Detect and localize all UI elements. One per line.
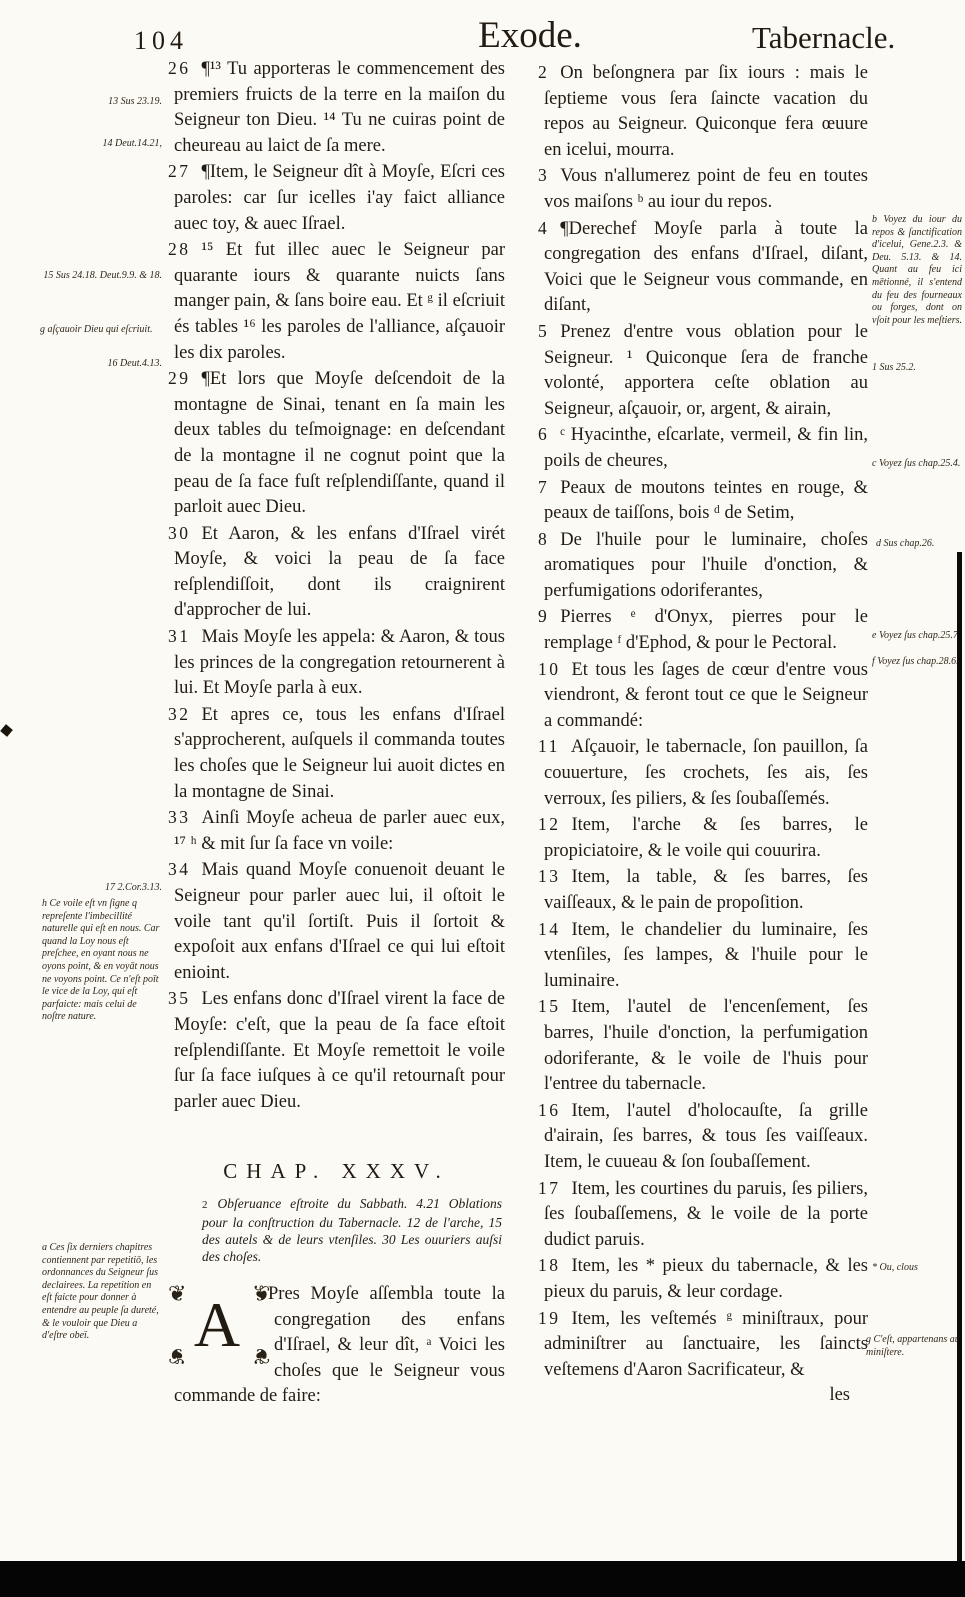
verse-number: 5	[538, 321, 560, 341]
verse-text: Prenez d'entre vous oblation pour le Sei…	[544, 322, 868, 419]
verse-number: 28	[168, 239, 202, 259]
verse: 12Item, l'arche & ſes barres, le propici…	[538, 812, 868, 864]
verse-number: 30	[168, 523, 202, 543]
verse-number: 16	[538, 1100, 572, 1120]
verse-text: Item, l'arche & ſes barres, le propiciat…	[544, 815, 868, 861]
verse: 5Prenez d'entre vous oblation pour le Se…	[538, 319, 868, 422]
verse-text: Item, la table, & ſes barres, ſes vaiſſe…	[544, 867, 868, 913]
verse-text: Aſçauoir, le tabernacle, ſon pauillon, ſ…	[544, 737, 868, 808]
verse-number: 6	[538, 424, 560, 444]
verse: 35Les enfans donc d'Iſrael virent la fac…	[168, 986, 505, 1115]
floral-ornament-icon: ❦	[252, 1342, 264, 1368]
verse: 29¶Et lors que Moyſe deſcendoit de la mo…	[168, 366, 505, 521]
right-column: 2On beſongnera par ſix iours : mais le ſ…	[538, 60, 868, 1409]
margin-note-ref: 1 Sus 25.2.	[872, 362, 962, 375]
margin-note-gloss: g C'eſt, appartenans au miniſtere.	[866, 1334, 962, 1359]
verse-text: De l'huile pour le luminaire, choſes aro…	[544, 530, 868, 601]
running-title: Exode.	[400, 14, 660, 57]
page-number: 104	[134, 26, 188, 56]
verse: 3Vous n'allumerez point de feu en toutes…	[538, 163, 868, 215]
verse: 15Item, l'autel de l'encenſement, ſes ba…	[538, 994, 868, 1097]
catchword: les	[538, 1383, 868, 1409]
verse-text: ᶜ Hyacinthe, eſcarlate, vermeil, & fin l…	[544, 425, 868, 471]
verse-number: 19	[538, 1308, 572, 1328]
verse-number: 11	[538, 736, 571, 756]
verse: 27¶Item, le Seigneur dît à Moyſe, Eſcri …	[168, 159, 505, 237]
verse-number: 7	[538, 477, 560, 497]
margin-note-gloss: g aſçauoir Dieu qui eſcriuit.	[40, 324, 158, 337]
verse-text: Vous n'allumerez point de feu en toutes …	[544, 166, 868, 212]
margin-note-ref: 13 Sus 23.19.	[40, 96, 162, 109]
verse-text: Ainſi Moyſe acheua de parler auec eux, ¹…	[174, 808, 505, 854]
verse-text: Les enfans donc d'Iſrael virent la face …	[174, 989, 505, 1111]
margin-note-gloss: h Ce voile eſt vn ſigne q repreſente l'i…	[42, 898, 162, 1024]
verse: 7Peaux de moutons teintes en rouge, & pe…	[538, 475, 868, 527]
verse: 26¶¹³ Tu apporteras le commencement des …	[168, 56, 505, 159]
scan-page-edge	[957, 552, 962, 1597]
verse-text: ¹⁵ Et fut illec auec le Seigneur par qua…	[174, 240, 505, 362]
margin-note-ref: f Voyez ſus chap.28.6.	[872, 656, 962, 669]
verse-text: Mais quand Moyſe conuenoit deuant le Sei…	[174, 860, 505, 982]
margin-note-variant: * Ou, clous	[872, 1262, 962, 1275]
verse-text: ¶¹³ Tu apporteras le commencement des pr…	[174, 59, 505, 156]
verse: 2On beſongnera par ſix iours : mais le ſ…	[538, 60, 868, 163]
verse: 18Item, les * pieux du tabernacle, & les…	[538, 1253, 868, 1305]
verse-text: Et apres ce, tous les enfans d'Iſrael s'…	[174, 705, 505, 802]
scan-bottom-edge	[0, 1561, 965, 1597]
margin-note-gloss: a Ces ſix derniers chapitres contiennent…	[42, 1242, 162, 1343]
verse-text: Item, les * pieux du tabernacle, & les p…	[544, 1256, 868, 1302]
verse-text: Item, le chandelier du luminaire, ſes vt…	[544, 920, 868, 991]
verse-text: ¶Et lors que Moyſe deſcendoit de la mont…	[174, 369, 505, 517]
verse-text: ¶Derechef Moyſe parla à toute la congreg…	[544, 219, 868, 316]
verse-number: 29	[168, 368, 202, 388]
verse: 32Et apres ce, tous les enfans d'Iſrael …	[168, 702, 505, 805]
verse: 14Item, le chandelier du luminaire, ſes …	[538, 917, 868, 995]
chapter-argument: 2Obſeruance eſtroite du Sabbath. 4.21 Ob…	[202, 1195, 502, 1265]
verse-text: Mais Moyſe les appela: & Aaron, & tous l…	[174, 627, 505, 698]
verse-number: 14	[538, 919, 572, 939]
margin-note-ref: c Voyez ſus chap.25.4.	[872, 458, 962, 471]
floral-ornament-icon: ❦	[174, 1282, 186, 1308]
verse-number: 31	[168, 626, 202, 646]
verse-text: Item, les veſtemés ᵍ miniſtraux, pour ad…	[544, 1309, 868, 1380]
verse-number: 9	[538, 606, 560, 626]
verse: 19Item, les veſtemés ᵍ miniſtraux, pour …	[538, 1306, 868, 1384]
verse: 13Item, la table, & ſes barres, ſes vaiſ…	[538, 864, 868, 916]
margin-note-ref: e Voyez ſus chap.25.7.	[872, 630, 962, 643]
verse-number: 4	[538, 218, 560, 238]
verse-number: 35	[168, 988, 202, 1008]
verse-number: 15	[538, 996, 572, 1016]
verse-number: 10	[538, 659, 572, 679]
verse: 11Aſçauoir, le tabernacle, ſon pauillon,…	[538, 734, 868, 812]
verse-text: Item, les courtines du paruis, ſes pilie…	[544, 1179, 868, 1250]
verse-number: 32	[168, 704, 202, 724]
verse-number: 3	[538, 165, 560, 185]
drop-cap-letter: A	[194, 1289, 240, 1360]
drop-cap: ❦❦❦❦A	[174, 1286, 266, 1366]
right-column-verses: 2On beſongnera par ſix iours : mais le ſ…	[538, 60, 868, 1383]
floral-ornament-icon: ❦	[252, 1282, 264, 1308]
verse-number: 17	[538, 1178, 572, 1198]
running-title-section: Tabernacle.	[752, 20, 895, 56]
verse: 6ᶜ Hyacinthe, eſcarlate, vermeil, & fin …	[538, 422, 868, 474]
margin-note-gloss: b Voyez du iour du repos & ſanctificatio…	[872, 214, 962, 327]
verse-text: ¶Item, le Seigneur dît à Moyſe, Eſcri ce…	[174, 162, 505, 233]
margin-note-ref: 17 2.Cor.3.13.	[40, 882, 162, 895]
ink-blot	[0, 724, 13, 737]
verse: 28¹⁵ Et fut illec auec le Seigneur par q…	[168, 237, 505, 366]
verse: 4¶Derechef Moyſe parla à toute la congre…	[538, 216, 868, 319]
verse-number: 8	[538, 529, 560, 549]
verse: 16Item, l'autel d'holocauſte, ſa grille …	[538, 1098, 868, 1176]
verse: 9Pierres ᵉ d'Onyx, pierres pour le rempl…	[538, 604, 868, 656]
left-column: 26¶¹³ Tu apporteras le commencement des …	[168, 56, 505, 1410]
verse: 8De l'huile pour le luminaire, choſes ar…	[538, 527, 868, 605]
verse-text: Et Aaron, & les enfans d'Iſrael virét Mo…	[174, 524, 505, 621]
verse: 34Mais quand Moyſe conuenoit deuant le S…	[168, 857, 505, 986]
floral-ornament-icon: ❦	[174, 1342, 186, 1368]
verse-number: 26	[168, 58, 202, 78]
margin-note-ref: 15 Sus 24.18. Deut.9.9. & 18.	[40, 270, 162, 283]
verse: 10Et tous les ſages de cœur d'entre vous…	[538, 657, 868, 735]
verse-number: 13	[538, 866, 572, 886]
verse: 33Ainſi Moyſe acheua de parler auec eux,…	[168, 805, 505, 857]
verse-number: 2	[538, 62, 560, 82]
chapter-heading: CHAP. XXXV.	[168, 1159, 505, 1185]
verse-text: Pierres ᵉ d'Onyx, pierres pour le rempla…	[544, 607, 868, 653]
verse-number: 34	[168, 859, 202, 879]
argument-marker: 2	[202, 1199, 218, 1211]
scanned-bible-page: { "page": { "number": "104", "running_ti…	[0, 0, 965, 1597]
margin-note-ref: 14 Deut.14.21,	[40, 138, 162, 151]
verse-number: 27	[168, 161, 202, 181]
verse-number: 33	[168, 807, 202, 827]
verse-text: Item, l'autel de l'encenſement, ſes barr…	[544, 997, 868, 1094]
verse: 30Et Aaron, & les enfans d'Iſrael virét …	[168, 521, 505, 624]
verse-text: Et tous les ſages de cœur d'entre vous v…	[544, 660, 868, 731]
verse: 31Mais Moyſe les appela: & Aaron, & tous…	[168, 624, 505, 702]
margin-note-ref: 16 Deut.4.13.	[40, 358, 162, 371]
left-column-verses: 26¶¹³ Tu apporteras le commencement des …	[168, 56, 505, 1115]
verse-number: 12	[538, 814, 572, 834]
opening-paragraph: ❦❦❦❦APres Moyſe aſſembla toute la congre…	[168, 1282, 505, 1410]
verse-number: 18	[538, 1255, 572, 1275]
verse-text: On beſongnera par ſix iours : mais le ſe…	[544, 63, 868, 160]
verse-text: Peaux de moutons teintes en rouge, & pea…	[544, 478, 868, 524]
verse-text: Item, l'autel d'holocauſte, ſa grille d'…	[544, 1101, 868, 1172]
verse: 17Item, les courtines du paruis, ſes pil…	[538, 1176, 868, 1254]
argument-text: Obſeruance eſtroite du Sabbath. 4.21 Obl…	[202, 1196, 502, 1264]
margin-note-ref: d Sus chap.26.	[876, 538, 965, 551]
